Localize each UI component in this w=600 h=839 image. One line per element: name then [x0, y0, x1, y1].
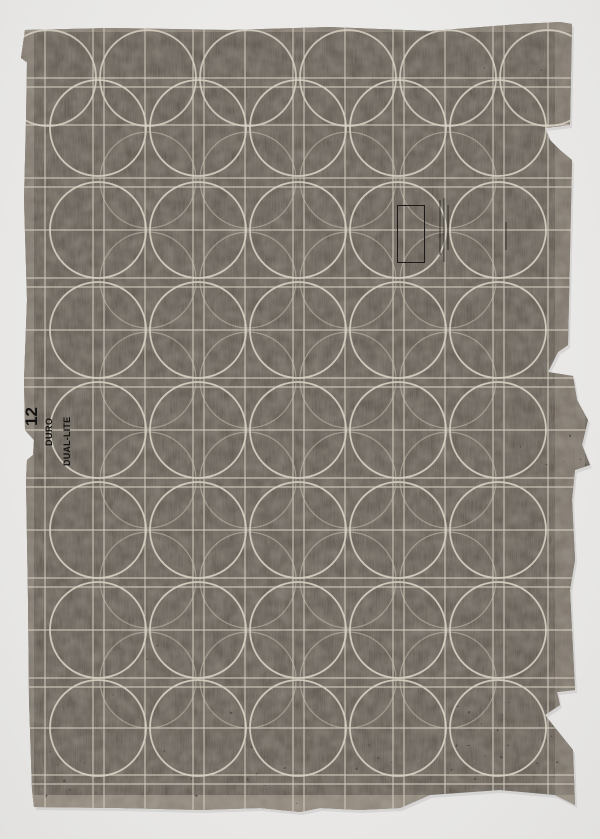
stamp-number: 12 — [22, 407, 42, 426]
printed-label-box — [397, 205, 425, 263]
stamp-product: DUAL-LITE — [62, 417, 72, 466]
manufacturer-stamp: 12 DURO DUAL-LITE — [28, 410, 98, 460]
stamp-brand: DURO — [44, 418, 54, 447]
